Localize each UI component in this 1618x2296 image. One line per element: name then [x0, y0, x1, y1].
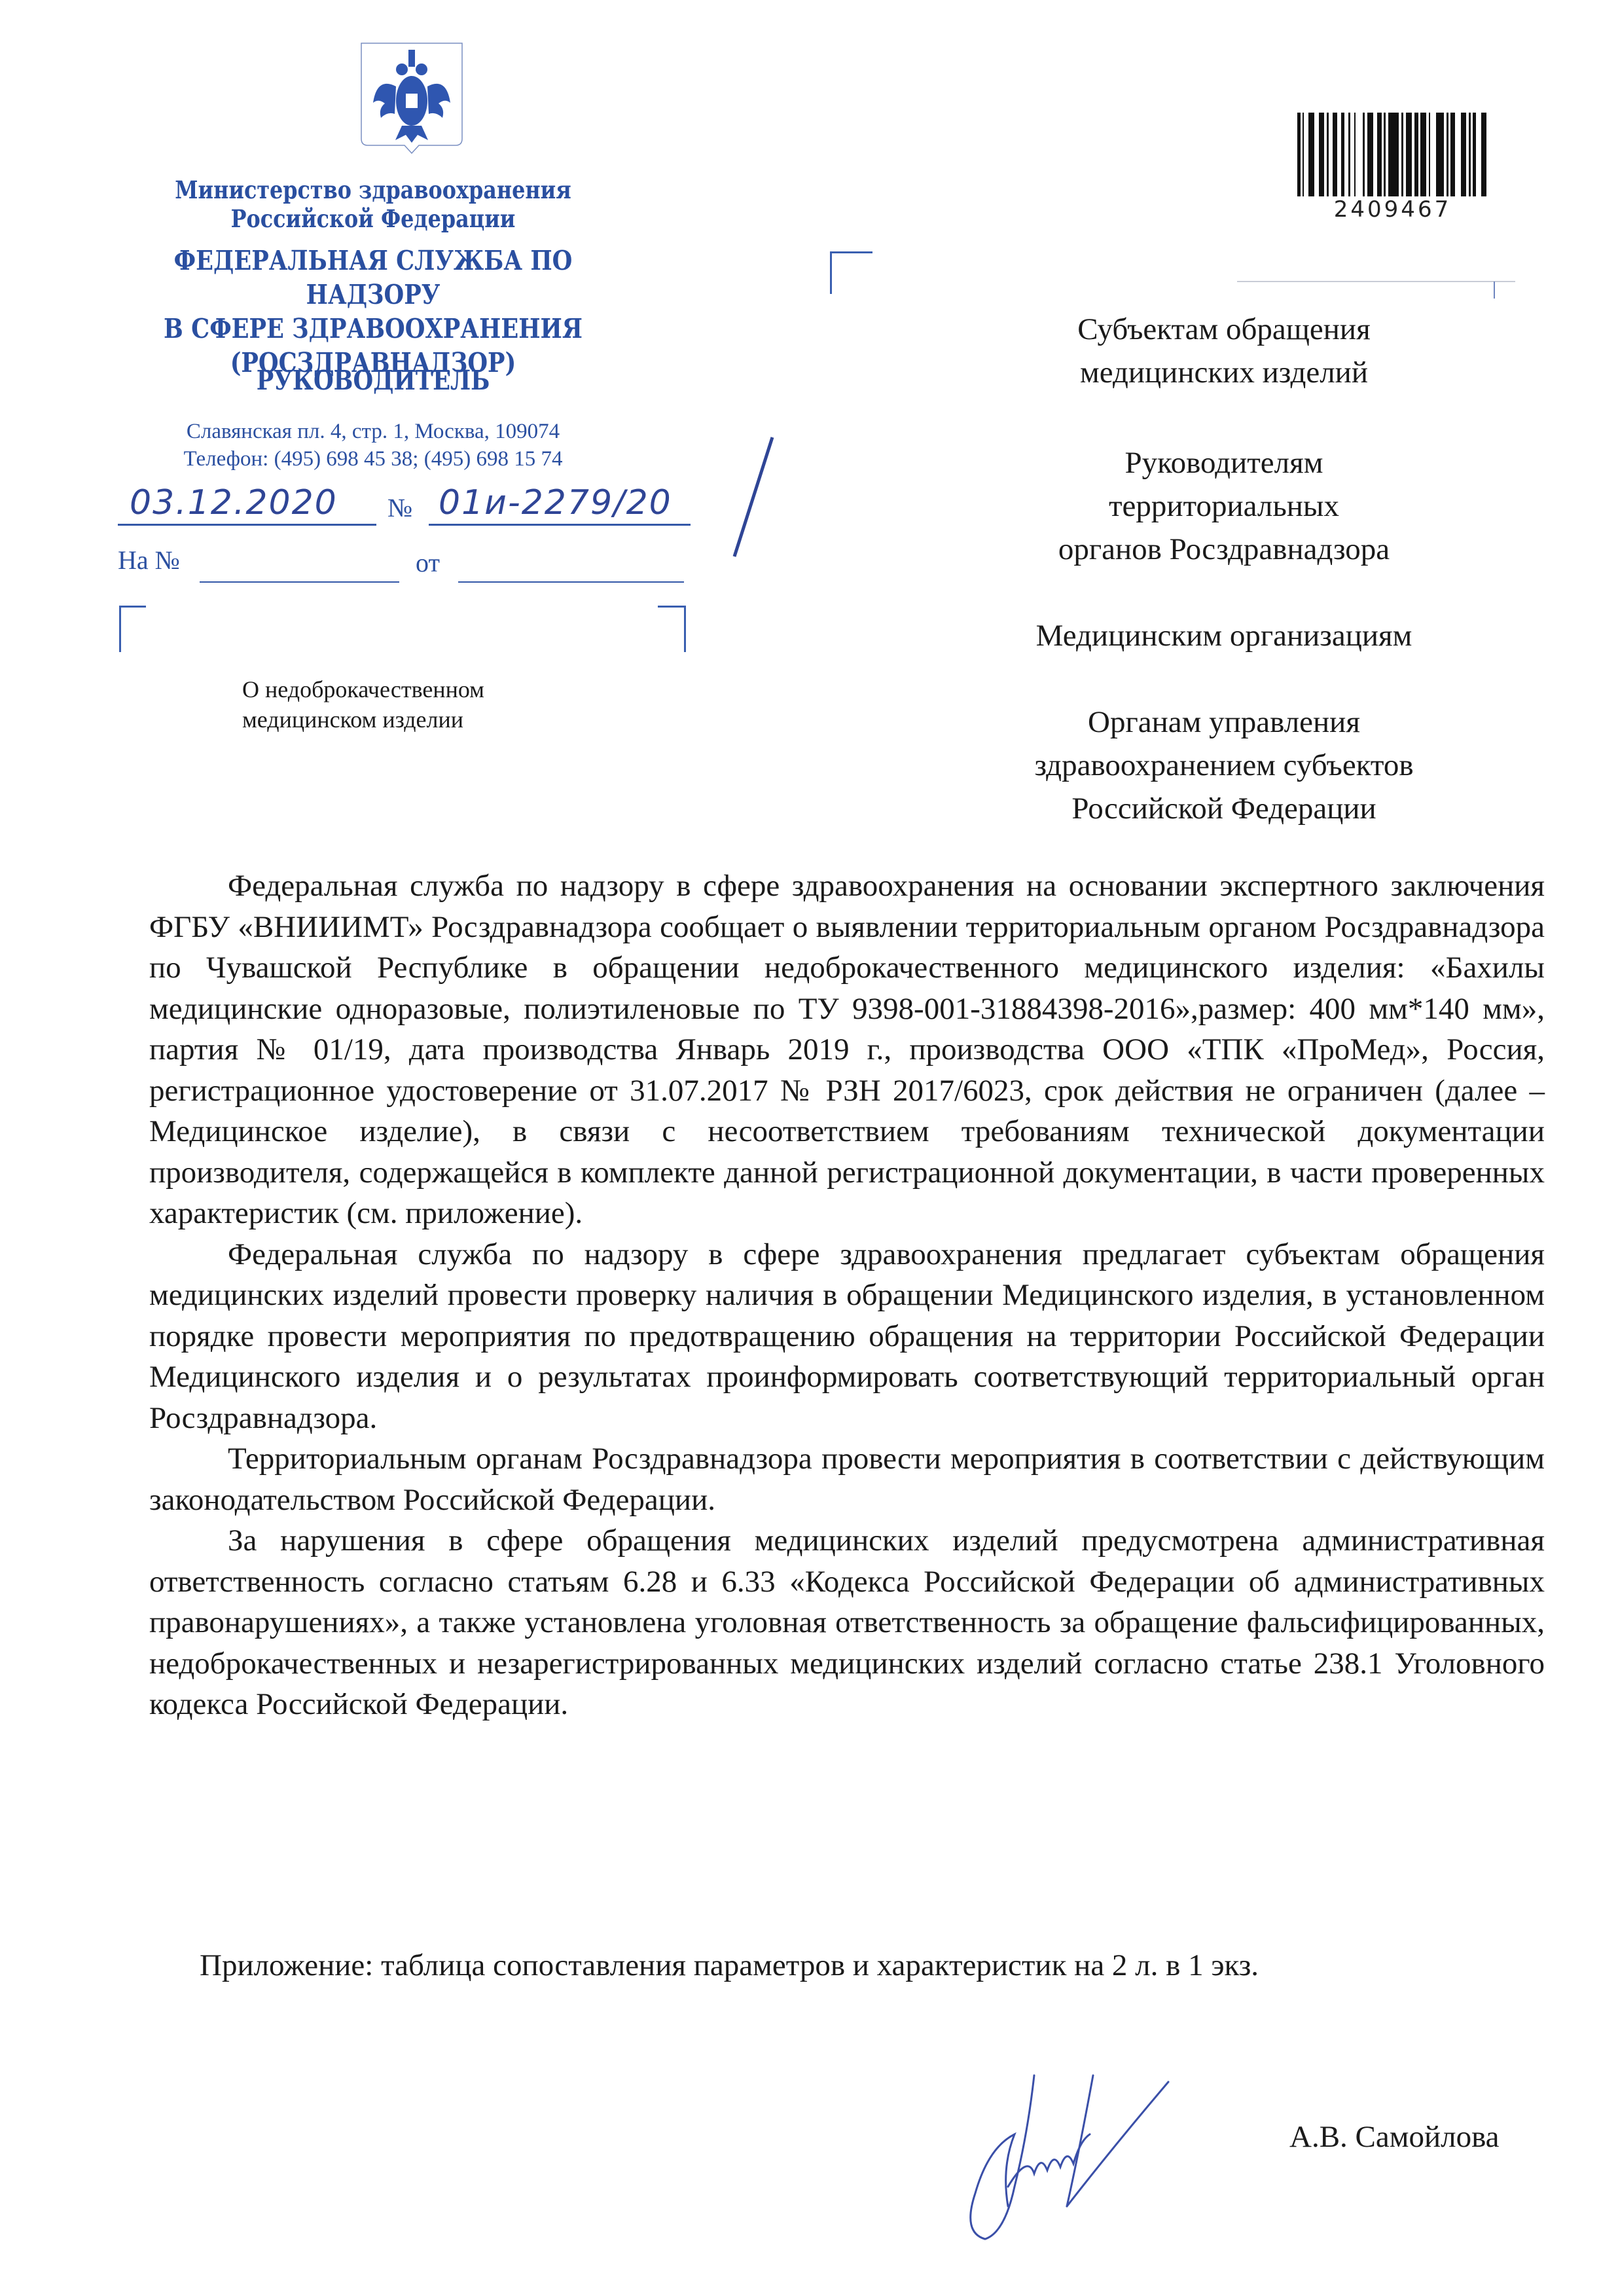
russian-coat-of-arms-icon: [359, 41, 465, 155]
position-title: РУКОВОДИТЕЛЬ: [154, 365, 593, 396]
number-underline: [429, 524, 691, 526]
reply-from-label: от: [416, 547, 440, 578]
agency-name: ФЕДЕРАЛЬНАЯ СЛУЖБА ПО НАДЗОРУ В СФЕРЕ ЗД…: [154, 244, 593, 380]
attachment-note: Приложение: таблица сопоставления параме…: [200, 1948, 1259, 1983]
letter-body: Федеральная служба по надзору в сфере зд…: [149, 866, 1545, 1725]
reply-reference: На № от: [118, 545, 707, 591]
barcode-divider-tick: [1494, 282, 1495, 299]
phone: Телефон: (495) 698 45 38; (495) 698 15 7…: [118, 445, 628, 473]
left-bracket-top-left: [119, 606, 146, 652]
body-paragraph: Территориальным органам Росздравнадзора …: [149, 1438, 1545, 1520]
reply-to-label: На №: [118, 545, 180, 575]
ministry-name: Министерство здравоохранения Российской …: [154, 175, 593, 233]
address: Славянская пл. 4, стр. 1, Москва, 109074: [118, 418, 628, 445]
addressee-health-authorities: Органам управления здравоохранением субъ…: [956, 701, 1492, 830]
barcode-divider-line: [1237, 281, 1515, 282]
body-paragraph: Федеральная служба по надзору в сфере зд…: [149, 1234, 1545, 1439]
handwritten-signature-icon: [936, 2036, 1303, 2252]
letter-subject: О недоброкачественном медицинском издели…: [242, 674, 484, 735]
coat-of-arms-emblem: [359, 41, 465, 155]
barcode: [1296, 113, 1489, 196]
reply-to-field[interactable]: [200, 581, 399, 583]
addressee-medical-device-subjects: Субъектам обращения медицинских изделий: [956, 308, 1492, 394]
address-bracket-top-left: [830, 251, 872, 294]
date-underline: [118, 524, 376, 526]
barcode-number: 2409467: [1293, 196, 1492, 223]
signer-name: А.В. Самойлова: [1289, 2119, 1500, 2155]
reply-from-field[interactable]: [458, 581, 684, 583]
body-paragraph: За нарушения в сфере обращения медицинск…: [149, 1520, 1545, 1725]
handwritten-slash-mark: [727, 432, 779, 563]
handwritten-date: 03.12.2020: [130, 483, 338, 522]
handwritten-number: 01и-2279/20: [439, 483, 672, 522]
barcode-icon: [1296, 113, 1489, 196]
contact-block: Славянская пл. 4, стр. 1, Москва, 109074…: [118, 418, 628, 473]
addressee-territorial-heads: Руководителям территориальных органов Ро…: [956, 441, 1492, 571]
body-paragraph: Федеральная служба по надзору в сфере зд…: [149, 866, 1545, 1234]
number-sign: №: [387, 492, 412, 523]
signature: [936, 2036, 1303, 2252]
left-bracket-top-right: [658, 606, 686, 652]
addressee-medical-organizations: Медицинским организациям: [956, 614, 1492, 657]
